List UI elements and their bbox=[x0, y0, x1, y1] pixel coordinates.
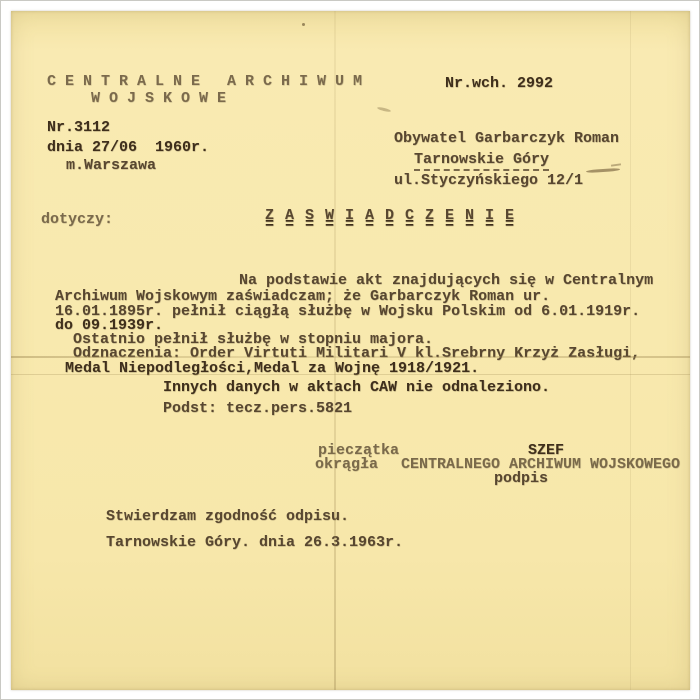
body-line-1: Na podstawie akt znajdujących się w Cent… bbox=[239, 272, 653, 289]
addressee-city-underlined: Tarnowskie Góry bbox=[414, 151, 549, 171]
pen-mark bbox=[586, 168, 620, 173]
scan-frame: C E N T R A L N E A R C H I W U M W O J … bbox=[0, 0, 700, 700]
issue-city-line: m.Warszawa bbox=[66, 157, 156, 174]
certify-date-line: Tarnowskie Góry. dnia 26.3.1963r. bbox=[106, 534, 403, 551]
note-line-2: Podst: tecz.pers.5821 bbox=[163, 400, 352, 417]
note-line-1: Innych danych w aktach CAW nie odnalezio… bbox=[163, 379, 550, 396]
pen-mark-small bbox=[611, 163, 621, 166]
ref-number: Nr.3112 bbox=[47, 119, 110, 136]
certify-line: Stwierdzam zgodność odpisu. bbox=[106, 508, 349, 525]
subject-label: dotyczy: bbox=[41, 211, 113, 228]
addressee-city: Tarnowskie Góry bbox=[414, 151, 549, 168]
addressee-name: Obywatel Garbarczyk Roman bbox=[394, 130, 619, 147]
signature-label: podpis bbox=[494, 470, 548, 487]
org-name-line2: W O J S K O W E bbox=[91, 90, 226, 107]
issue-date-line: dnia 27/06 1960r. bbox=[47, 139, 209, 156]
ink-smudge bbox=[377, 106, 391, 112]
addressee-street: ul.Styczyńskiego 12/1 bbox=[394, 172, 583, 189]
ink-speck-top bbox=[302, 23, 305, 26]
body-line-7: Medal Niepodległości,Medal za Wojnę 1918… bbox=[65, 360, 479, 377]
stamp-note-line2: okrągła bbox=[315, 456, 378, 473]
certificate-title-underline: = = = = = = = = = = = = = bbox=[265, 216, 515, 233]
incoming-number: Nr.wch. 2992 bbox=[445, 75, 553, 92]
org-name-line1: C E N T R A L N E A R C H I W U M bbox=[47, 73, 362, 90]
document-paper: C E N T R A L N E A R C H I W U M W O J … bbox=[11, 11, 690, 690]
